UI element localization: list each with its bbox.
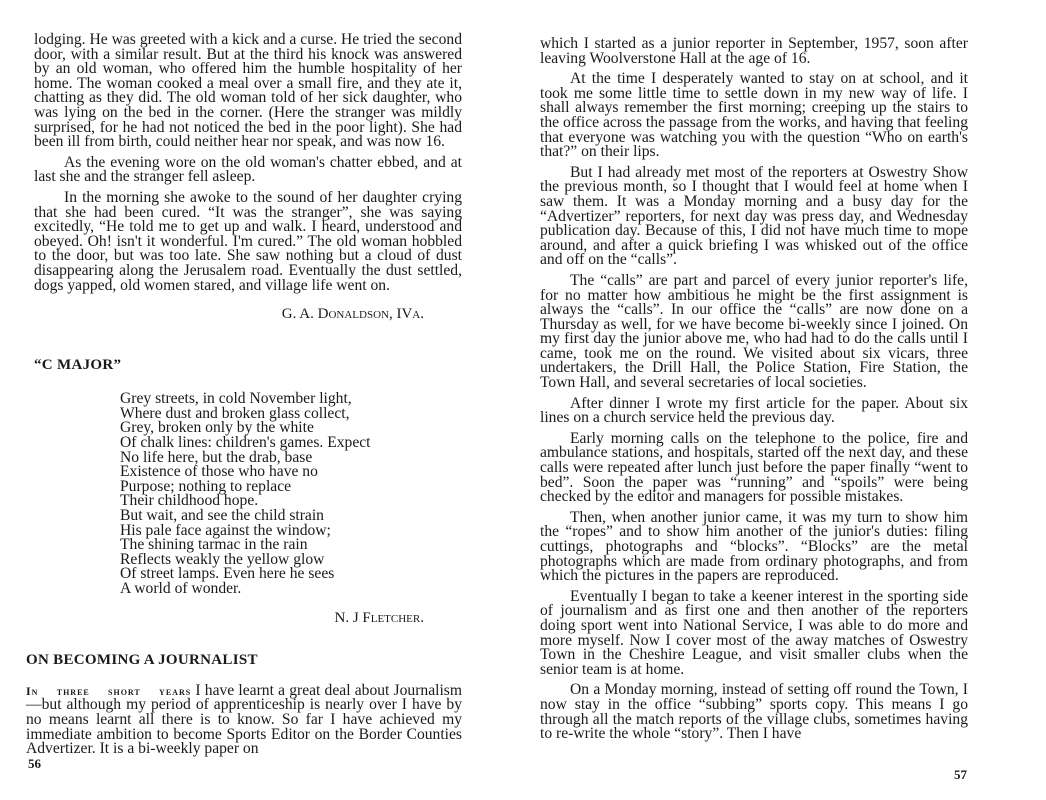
left-page: lodging. He was greeted with a kick and …: [0, 0, 523, 800]
article-paragraph: Then, when another junior came, it was m…: [540, 511, 968, 584]
article-paragraph: In three short years I have learnt a gre…: [26, 684, 462, 757]
article-paragraph: After dinner I wrote my first article fo…: [540, 397, 968, 426]
article-title: ON BECOMING A JOURNALIST: [26, 653, 462, 668]
article-paragraph: which I started as a junior reporter in …: [540, 37, 968, 66]
article-paragraph: Early morning calls on the telephone to …: [540, 432, 968, 505]
article-paragraph: But I had already met most of the report…: [540, 166, 968, 268]
right-page: which I started as a junior reporter in …: [523, 0, 1046, 800]
page-number: 57: [954, 767, 967, 783]
poem-line: A world of wonder.: [120, 582, 462, 597]
article-paragraph: On a Monday morning, instead of setting …: [540, 683, 968, 741]
article-paragraph: At the time I desperately wanted to stay…: [540, 72, 968, 160]
story-paragraph: lodging. He was greeted with a kick and …: [34, 33, 462, 150]
poem: Grey streets, in cold November light, Wh…: [120, 392, 462, 596]
story-author: G. A. Donaldson, IVa.: [34, 307, 424, 322]
poem-title: “C MAJOR”: [34, 358, 462, 373]
right-column: which I started as a junior reporter in …: [540, 37, 968, 748]
story-paragraph: As the evening wore on the old woman's c…: [34, 156, 462, 185]
story-paragraph: In the morning she awoke to the sound of…: [34, 191, 462, 293]
left-column: lodging. He was greeted with a kick and …: [34, 33, 462, 763]
article-paragraph: Eventually I began to take a keener inte…: [540, 590, 968, 678]
article-paragraph: The “calls” are part and parcel of every…: [540, 274, 968, 391]
page-number: 56: [28, 756, 41, 772]
poem-author: N. J Fletcher.: [34, 611, 424, 626]
